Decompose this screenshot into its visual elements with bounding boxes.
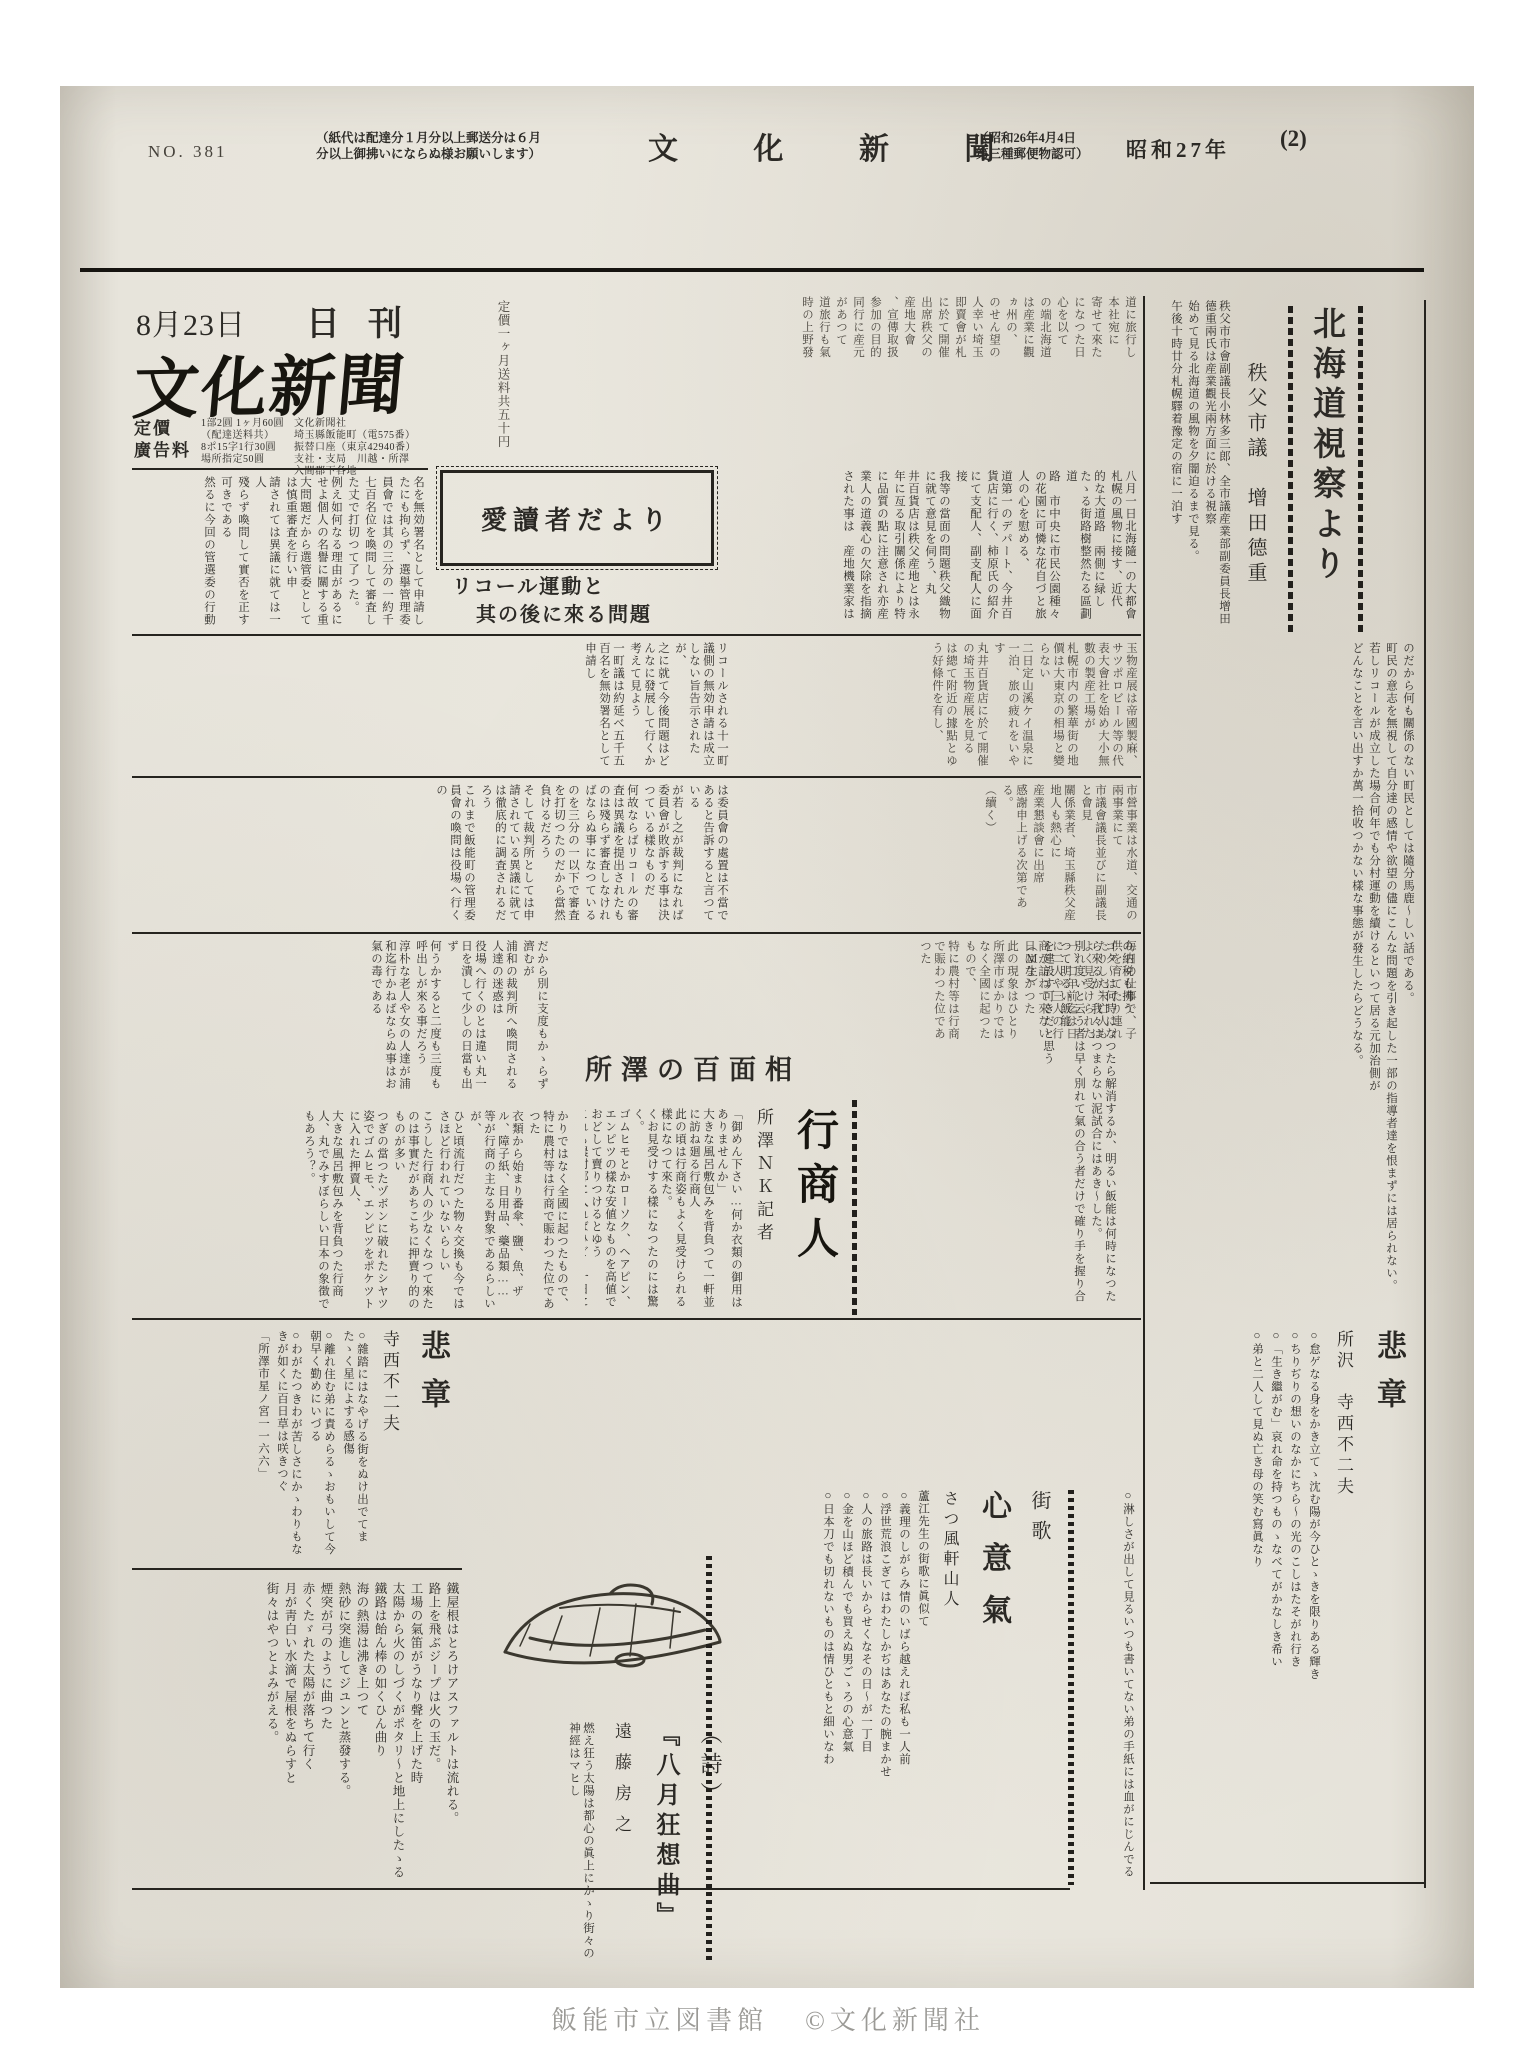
text-column: ○浮世荒浪こぎてはわたしかぢはあなたの腕まかせ [878,1490,892,1890]
text-column: かりではなく全國に起つたもので、特に農村等は行商で賑わつた位であつた [527,1110,569,1310]
text-column: 時の上野發 [800,296,814,460]
text-column: ○義理のしがらみ情のいばら越えれば私も一人前 [897,1490,911,1890]
text-column: 何うかすると二度も三度も呼出しが來る事だろう [414,940,442,1100]
text-column: リコールされる十一町議側の無効申請は成立しない旨告示されたが、 [673,642,729,770]
text-column: 太陽から火のしづくがポタリ〜と地上にしたゝる [390,1582,405,1912]
text-column: 路上を飛ぶジープは火の玉だ。 [426,1582,441,1912]
text-column: ○わがたつきわが苦しさにかゝわりもなきが如くに百日草は咲きつぐ [275,1330,303,1562]
hisho-left-section: 悲章 寺西不二夫 ○雜踏にはなやげる街をぬけ出でてまたゝく星によする感傷○離れ住… [132,1330,462,1562]
hokkaido-headline: 北海道視察より [1300,306,1353,646]
issue-number: NO. 381 [148,142,228,162]
text-column: 員會では其の三分の一約千 [380,476,394,628]
price-lines: 1部2圓 1ヶ月60圓（配達送料共）8ポ15字1行30圓場所指定50圓 [201,418,284,466]
text-column: が若し之が裁判になれば委員會が敗訴する事は決つている樣なものだ [642,784,684,926]
text-column: ○「生き繼がむ」哀れ命を持つものゝなべてがかなしき希い [1269,1330,1283,1882]
gyosho-byline: 所澤ＮＫ記者 [751,1108,776,1314]
text-column: 關係業者、埼玉縣秩父産地人も熱心に [1048,784,1076,926]
text-column: 即賣會が札 [953,296,967,460]
text-column: された事は 産地機業家は [841,470,855,628]
header-rule [80,268,1424,272]
text-column: ○離れ住む弟に責めらるゝおもいして今朝早く勤めにいづる [308,1330,336,1562]
band-rule-1 [132,634,1141,636]
text-column: は委員會の處置は不當であると告訴すると言つている [687,784,729,926]
hisho-right-overflow-poem: ○淋しさが出して見るいつも書いてない弟の手紙には血がにじんでる [1084,1490,1138,1885]
text-column: ヵ州の、 [1004,296,1018,460]
text-column: 道旅行も氣 [817,296,831,460]
august-poem-intro: 燃え狂う太陽は都心の眞上にかゝり街々の神經はマヒし [567,1722,595,1962]
text-column: 寄せて來た [1089,296,1103,460]
hokkaido-byline: 秩父市議 增田德重 [1238,362,1273,642]
text-column: に品質の點に注意され亦産 [875,470,889,628]
text-column: 海の熱湯は沸き上つて [354,1582,369,1912]
text-column: どんなことを言い出すか萬一拾收つかない樣な事態が發生したらどうなる。 [1350,642,1364,1314]
text-column: 人幸い埼玉 [970,296,984,460]
text-column: 札幌市内の繁華街の地價は大東京の相場と變らない [1037,642,1079,770]
text-column: 井百貨店は秩父産地とは永年に亙る取引關係により特 [892,470,920,628]
dotted-divider-left [706,1556,712,1960]
text-column: 請されては異議に就ては一人 [253,476,281,628]
band-rule-3 [132,932,1141,934]
text-column: になつた日 [1072,296,1086,460]
text-column: 同行に産元 [851,296,865,460]
era-year: 昭和27年 [1126,134,1230,164]
text-column: 之に就て今後問題はどんなに發展して行くか考えて見よう [628,642,670,770]
text-column: 道に旅行し [1123,296,1137,460]
band-rule-2 [132,776,1141,778]
text-column: のを三分の一以下で審査を打切つたのだから當然負けるだろう [538,784,580,926]
machiuta-small-title: 街歌 [1025,1490,1054,1890]
text-column: 殘らず喚問して實否を正す [236,476,250,628]
text-column: に於て開催 [936,296,950,460]
text-column: のせん望の [987,296,1001,460]
text-column: の納税も拂う [1120,940,1134,1312]
text-column: 人の心を慰める、 [1016,470,1030,628]
reader-letters-label: 愛讀者だより [481,500,673,537]
text-column: 1部2圓 1ヶ月60圓 [201,418,284,430]
hokkaido-body-columns-d: 市營事業は水道、交通の兩事業にて市議會議長並びに副議長と會見關係業者、埼玉縣秩父… [745,784,1141,926]
library-credit: 飯能市立図書館 [551,2006,768,2035]
text-column: （Ｍ生） [1024,940,1038,1312]
text-column: 心を以て [1055,296,1069,460]
recall-body-columns-c: リコールされる十一町議側の無効申請は成立しない旨告示されたが、之に就て今後問題は… [132,642,732,770]
text-column: これも農村部に入ればひどく一日に二、三人は訪ねるらしい。 [585,1108,589,1314]
text-column: 支社・支局 川越・所澤 [294,454,416,466]
hisho-right-title: 悲章 [1366,1330,1410,1882]
text-column: そして裁判所としては申請されている異議に就ては徹底的に調査されるだろう [479,784,535,926]
text-column: くお見受けする樣になつたのには驚く。 [631,1108,659,1314]
footer-watermark: 飯能市立図書館 ©文化新聞社 [0,2000,1536,2037]
text-column: 的な大道路 兩側に緑したゝる街路樹整然たる區劃道 [1064,470,1106,628]
text-column: 、宣傳取扱 [885,296,899,460]
reader-letters-box: 愛讀者だより [440,470,714,566]
machiuta-note: 蘆江先生の街歌に眞似て [916,1490,930,1890]
text-column: ○金を山ほど積んでも買えぬ男ごゝろの心意氣 [840,1490,854,1890]
text-column: 大問題だから選管委としては慎重審査を行い申 [284,476,312,628]
kansen-body-columns-e: だから別に支度もかゝらず濟むが浦和の裁判所へ喚問される人達の迷惑は役場へ行くのと… [132,940,552,1100]
postal-approval-line2: 第三種郵便物認可） [976,146,1089,162]
text-column: 本社宛に [1106,296,1120,460]
text-column: の端北海道 [1038,296,1052,460]
text-column: 産地大會 [902,296,916,460]
text-column: 浦和の裁判所へ喚問される人達の迷惑は [490,940,518,1100]
gyosho-tail-columns: かりではなく全國に起つたもので、特に農村等は行商で賑わつた位であつた衣類から始ま… [132,1110,572,1310]
text-column: 埼玉縣飯能町（電575番） [294,430,416,442]
text-column: 名を無効署名として申請したにも拘らず、選擧管理委 [397,476,425,628]
recall-body-columns-d: は委員會の處置は不當であると告訴すると言つているが若し之が裁判になれば委員會が敗… [132,784,732,926]
text-column: こうした行商人の少なくなつて來たのは事實だがあちこちに押賣り的のものが多い [392,1110,434,1310]
text-column: は總て附近の據點とゆう好條件を有し、 [930,642,958,770]
text-column: ゴムヒモとかローソク、ヘアピン、エンピツの樣な安値なものを高値でおどして賣りつけ… [589,1108,631,1314]
machiuta-section: 街歌 心意氣 さつ風軒山人 蘆江先生の街歌に眞似て ○義理のしがらみ情のいばら越… [770,1490,1062,1890]
right-column-rule [1143,296,1145,1890]
hyakumenso-heading: 所澤の百面相 [585,1048,801,1087]
text-column: 鐵路は飴ん棒の如くひん曲り [372,1582,387,1912]
text-column: 出席秩父の [919,296,933,460]
text-column: 場所指定50圓 [201,454,284,466]
text-column: だから別に支度もかゝらず濟むが [521,940,549,1100]
text-column: ○弟と二人して見ぬ亡き母の笑む寫眞なり [1250,1330,1264,1882]
hokkaido-body-columns-c: 玉物産展は帝國製麻、サツポロビール等の代表大會社を始め大小無數の製産工場が札幌市… [745,642,1141,770]
text-column: （續く） [983,784,997,926]
text-column: （配達送料共） [201,430,284,442]
text-column: 淳朴な老人や女の人達が浦和迄行かねばならぬ事はお氣の毒である [369,940,411,1100]
text-column: 参加の目的 [868,296,882,460]
text-column: 別れ度いと云う者は早く別れて氣の合う者だけで確り手を握り合つて明るい飯能 [1058,940,1086,1312]
text-column: 振替口座（東京42940番） [294,442,416,454]
text-column: 工場の氣笛がうなり聲を上げた時 [408,1582,423,1912]
text-column: 二日定山溪ケイ温泉に一泊、旅の疲れをいやす [992,642,1034,770]
newspaper-title-header: 文 化 新 聞 [648,124,1029,168]
newspaper-page: NO. 381 （紙代は配達分１月分以上郵送分は６月 分以上御拂いにならぬ様お願… [0,0,1536,2048]
text-column: 煙突が弓のように曲つた [318,1582,333,1912]
postal-approval-line1: （昭和26年4月4日 [976,130,1089,146]
text-column: 赤くたゞれた太陽が落ちて行く [300,1582,315,1912]
headline-wavy-rule-left [1288,306,1293,636]
headline-wavy-rule-right [1358,306,1363,636]
text-column: これまで飯能町の管理委員會の喚問は役場へ行くの [434,784,476,926]
text-column: 町民の意志を無視して自分達の感情や欲望の儘にこんな問題を引き起した一部の指導者達… [1384,642,1398,1314]
text-column: 8ポ15字1行30圓 [201,442,284,454]
text-column: のだから何も關係のない町民としては隨分馬鹿〜しい話である。 [1401,642,1415,1314]
hokkaido-body-columns-a: 道に旅行し本社宛に寄せて來たになつた日心を以ての端北海道は産業に觀ヵ州の、のせん… [520,296,1140,460]
text-column: 例え如何なる理由があるにせよ個人の名譽に關する重 [315,476,343,628]
machiuta-author: さつ風軒山人 [938,1490,961,1890]
band-rule-4 [132,1318,1141,1320]
price-label: 定價 [134,418,191,440]
text-column: ゴタ〜は何時になつたら解消するか、明るい飯能は何時になつたら來るか、我々はつまら… [1089,940,1117,1312]
kansen-article-columns: 名を無効署名として申請したにも拘らず、選擧管理委員會では其の三分の一約千七百名位… [132,476,428,628]
text-column: 七百名位を喚問して審査し [363,476,377,628]
text-column: 熱砂に突進してジユンと蒸發する。 [336,1582,351,1912]
text-column: 始めて見る北海道の風物を夕闇迫るまで見る。 [1186,300,1200,634]
subscription-notice-line1: （紙代は配達分１月分以上郵送分は６月 [316,130,626,146]
text-column: 感謝申上げる次第である。 [1000,784,1028,926]
hisho-left-title: 悲章 [410,1330,454,1562]
text-column: 丸井百貨店に於て開催の埼玉物産展を見る [961,642,989,770]
hisho-left-address: 「所澤市星ノ宮一一六六」 [256,1330,270,1562]
hisho-left-author: 寺西不二夫 [377,1330,402,1562]
text-column: 路 市中央に市民公園種々の花園に可憐な花自づと旅 [1033,470,1061,628]
masthead-side-note: 定價一ヶ月送料共五十円 [492,300,513,460]
august-poem-lines: 鐵屋根はとろけアスファルトは流れる。路上を飛ぶジープは火の玉だ。工場の氣笛がうな… [132,1582,462,1912]
hisho-left-rule [132,1568,462,1570]
text-column: 大きな風呂敷包みを背負つて一軒並に訪ね廻る行商人 [687,1108,715,1314]
text-column: 市營事業は水道、交通の兩事業にて [1110,784,1138,926]
recall-title-line1: リコール運動と [452,570,605,599]
august-poem-title-block: （詩） 『八月狂想曲』 遠藤房之 燃え狂う太陽は都心の眞上にかゝり街々の神經はマ… [500,1722,736,1962]
text-column: 玉物産展は帝國製麻、サツポロビール等の代表大會社を始め大小無數の製産工場が [1082,642,1138,770]
text-column: 街々はやつとよみがえる。 [264,1582,279,1912]
text-column: 業人の道義心の欠除を指摘 [858,470,872,628]
text-column: ○日本刀でも切れないものは情ひともと細いなわ [821,1490,835,1890]
gyosho-wavy-divider [852,1100,857,1315]
text-column: 一町議は約延べ五千五百名を無効署名として申請し [583,642,625,770]
text-column: 大きな風呂敷包みを背負つた行商人、丸でみすぼらしい日本の象徴でもあろう？。 [302,1110,344,1310]
page-number: (2) [1280,126,1307,152]
text-column: 市議會議長並びに副議長と會見 [1079,784,1107,926]
ad-rate-label: 廣告料 [134,440,191,462]
august-poem-title: 『八月狂想曲』 [648,1722,683,1962]
text-column: ○雜踏にはなやげる街をぬけ出でてまたゝく星によする感傷 [341,1330,369,1562]
text-column: は産業に觀 [1021,296,1035,460]
text-column: 産業懇談會に出席 [1031,784,1045,926]
august-poem-author: 遠藤房之 [609,1722,634,1962]
copyright-credit: ©文化新聞社 [805,2006,985,2035]
machiuta-title: 心意氣 [971,1490,1015,1890]
text-column: にて支配人、副支配人に面接 [954,470,982,628]
text-column: ○ちりぢりの想いのなかにちら〜の光のこしはたそがれ行き [1288,1330,1302,1882]
dotted-divider-right [1068,1490,1074,1885]
text-column: ○人の旅路は長いからせくなその日〜が一丁目 [859,1490,873,1890]
text-column: 鐵屋根はとろけアスファルトは流れる。 [444,1582,459,1912]
text-column: 「御めん下さい…何か衣類の御用はありませんか」 [715,1108,743,1314]
hisho-right-section: 悲章 所沢 寺西不二夫 ○怠ゲなる身をかき立てゝ沈む陽が今ひとゝきを限りある輝き… [1150,1330,1420,1882]
text-column: 此の頃は行商姿もよく見受けられる樣になつて來た。 [659,1108,687,1314]
text-column: 道第一のデパート、今井百貨店に行く、柿原氏の紹介 [985,470,1013,628]
text-column: 月が靑白い水滴で屋根をぬらすと [282,1582,297,1912]
text-column: ○怠ゲなる身をかき立てゝ沈む陽が今ひとゝきを限りある輝き [1307,1330,1321,1882]
text-column: 若しリコールが成立した場合何年でも分村運動を續けるといつて居る元加治側が [1367,642,1381,1314]
gyosho-headline: 行商人 [784,1108,844,1314]
text-column: 八月一日北海隨一の大都會札幌の風物に接す、近代 [1109,470,1137,628]
subscription-notice-line2: 分以上御拂いにならぬ様お願いします） [316,146,626,162]
hanno-mid-columns: の納税も拂うゴタ〜は何時になつたら解消するか、明るい飯能は何時になつたら來るか、… [880,940,1137,1312]
hokkaido-lead-columns: 秩父市市會副議長小林多三郎、全市議産業部副委員長增田德重兩氏は産業觀光兩方面に於… [1150,300,1234,634]
text-column: た丈で打切つて了つた。 [346,476,360,628]
text-column: ひと頃流行だつた物々交換も今ではさほど行われていないらしい [437,1110,465,1310]
bottom-rule-right [1150,1882,1424,1884]
text-column: があつて [834,296,848,460]
bottom-rule [132,1888,1070,1890]
hokkaido-body-columns-b: 八月一日北海隨一の大都會札幌の風物に接す、近代的な大道路 兩側に緑したゝる街路樹… [718,470,1140,628]
text-column: 我等の當面の問題秩父織物に就て意見を伺う、丸 [923,470,951,628]
text-column: 役場へ行くのとは違い丸一日を潰して少しの日當も出ず [445,940,487,1100]
hisho-right-author: 所沢 寺西不二夫 [1331,1330,1356,1882]
text-column: 衣類から始まり番傘、鹽、魚、ザル、障子紙、日用品、藥品類……等が行商の主なる對象… [468,1110,524,1310]
text-column: 可きである [219,476,233,628]
text-column: 何故ならばリコールの審査は異議を提出されたものは殘らず審査しなければならぬ事にな… [583,784,639,926]
masthead-rule [132,468,428,470]
gyosho-article: 行商人 所澤ＮＫ記者 「御めん下さい…何か衣類の御用はありませんか」大きな風呂敷… [585,1108,847,1314]
recall-title-line2: 其の後に來る問題 [476,598,652,627]
text-column: 秩父市市會副議長小林多三郎、全市議産業部副委員長增田德重兩氏は産業觀光兩方面に於… [1203,300,1231,634]
text-column: 文化新聞社 [294,418,416,430]
text-column: 然るに今回の管選委の行動 [202,476,216,628]
right-edge-rule [1424,300,1426,1888]
text-column: を建設す可きだと思う [1041,940,1055,1312]
hanno-right-columns: のだから何も關係のない町民としては隨分馬鹿〜しい話である。町民の意志を無視して自… [1150,642,1418,1314]
text-column: 午後十時廿分札幌驛着豫定の宿に一泊す [1169,300,1183,634]
masthead-logo: 文化新聞 [130,332,411,432]
text-column: つぎの當つたヅボンに破れたシヤツ姿でゴムヒモ、エンピツをポケツトに入れた押賣人、 [347,1110,389,1310]
